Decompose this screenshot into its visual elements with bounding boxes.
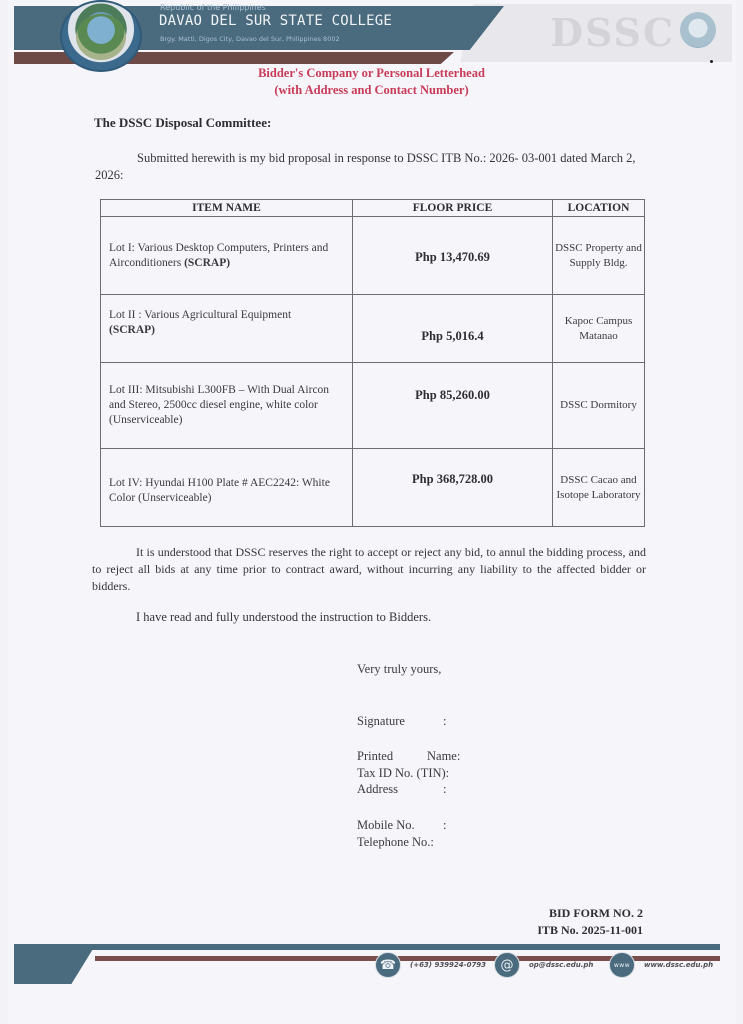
footer-phone: ☎ (+63) 939924-0793 [375, 952, 489, 978]
item-tag: (SCRAP) [109, 324, 155, 336]
mobile-field: Mobile No.: [357, 818, 415, 833]
header-republic: Republic of the Philippines [160, 3, 266, 12]
item-name: Lot II : Various Agricultural Equipment [109, 309, 291, 321]
closing-line: Very truly yours, [357, 662, 441, 677]
salutation: The DSSC Disposal Committee: [94, 115, 271, 131]
intro-paragraph: Submitted herewith is my bid proposal in… [95, 150, 640, 184]
floor-price-cell: Php 368,728.00 [353, 449, 553, 527]
location-cell: Kapoc Campus Matanao [553, 295, 645, 363]
bid-form-number: BID FORM NO. 2 [537, 905, 643, 922]
mobile-label: Mobile No. [357, 818, 415, 832]
address-field: Address: [357, 782, 398, 797]
header-watermark: DSSC [550, 10, 675, 55]
colon: : [443, 818, 446, 833]
www-icon: www [609, 952, 635, 978]
item-name-cell: Lot IV: Hyundai H100 Plate # AEC2242: Wh… [101, 449, 353, 527]
item-tag: (SCRAP) [184, 257, 230, 269]
location-cell: DSSC Dormitory [553, 363, 645, 449]
acknowledgement-paragraph: I have read and fully understood the ins… [136, 610, 431, 625]
table-header-row: ITEM NAME FLOOR PRICE LOCATION [101, 200, 645, 217]
floor-price-cell: Php 85,260.00 [353, 363, 553, 449]
floor-price: Php 13,470.69 [415, 250, 490, 265]
floor-price: Php 85,260.00 [415, 388, 490, 403]
item-name-cell: Lot III: Mitsubishi L300FB – With Dual A… [101, 363, 353, 449]
itb-number: ITB No. 2025-11-001 [537, 922, 643, 939]
footer-phone-text: (+63) 939924-0793 [407, 961, 489, 969]
item-name-cell: Lot I: Various Desktop Computers, Printe… [101, 217, 353, 295]
item-name: Lot IV: Hyundai H100 Plate # AEC2242: Wh… [109, 477, 330, 504]
header-floor-price: FLOOR PRICE [353, 200, 553, 217]
address-label: Address [357, 782, 398, 796]
colon: : [443, 782, 446, 797]
bid-items-table: ITEM NAME FLOOR PRICE LOCATION Lot I: Va… [100, 199, 645, 527]
table-row: Lot III: Mitsubishi L300FB – With Dual A… [101, 363, 645, 449]
footer-blue-band [14, 944, 720, 950]
at-icon: @ [494, 952, 520, 978]
mini-seal-icon [680, 12, 716, 48]
floor-price: Php 368,728.00 [412, 472, 493, 487]
footer-website: www www.dssc.edu.ph [609, 952, 716, 978]
telephone-field: Telephone No.: [357, 835, 434, 850]
location-cell: DSSC Property and Supply Bldg. [553, 217, 645, 295]
college-seal-logo [60, 0, 142, 72]
signature-label: Signature [357, 714, 405, 728]
table-row: Lot II : Various Agricultural Equipment(… [101, 295, 645, 363]
printed-name-field: PrintedName: [357, 749, 393, 764]
floor-price: Php 5,016.4 [421, 329, 483, 344]
table-row: Lot IV: Hyundai H100 Plate # AEC2242: Wh… [101, 449, 645, 527]
seal-emblem [76, 14, 126, 60]
footer-website-text[interactable]: www.dssc.edu.ph [641, 961, 716, 969]
header-location: LOCATION [553, 200, 645, 217]
table-row: Lot I: Various Desktop Computers, Printe… [101, 217, 645, 295]
printed-label: Printed [357, 749, 393, 763]
footer-email-text[interactable]: op@dssc.edu.ph [526, 961, 596, 969]
header-item-name: ITEM NAME [101, 200, 353, 217]
footer-email: @ op@dssc.edu.ph [494, 952, 596, 978]
form-info: BID FORM NO. 2 ITB No. 2025-11-001 [537, 905, 643, 939]
name-label: Name: [427, 749, 460, 764]
signature-field: Signature: [357, 714, 405, 729]
item-name: Lot III: Mitsubishi L300FB – With Dual A… [109, 384, 329, 426]
item-name-cell: Lot II : Various Agricultural Equipment(… [101, 295, 353, 363]
location-cell: DSSC Cacao and Isotope Laboratory [553, 449, 645, 527]
header-address: Brgy. Matti, Digos City, Davao del Sur, … [160, 35, 340, 43]
floor-price-cell: Php 13,470.69 [353, 217, 553, 295]
header-college-name: DAVAO DEL SUR STATE COLLEGE [159, 13, 392, 29]
reservation-paragraph: It is understood that DSSC reserves the … [92, 544, 646, 595]
phone-icon: ☎ [375, 952, 401, 978]
letterhead-line-2: (with Address and Contact Number) [0, 83, 743, 98]
colon: : [443, 714, 446, 729]
letterhead-line-1: Bidder's Company or Personal Letterhead [0, 66, 743, 81]
speck [710, 60, 713, 63]
floor-price-cell: Php 5,016.4 [353, 295, 553, 363]
tin-field: Tax ID No. (TIN): [357, 766, 449, 781]
